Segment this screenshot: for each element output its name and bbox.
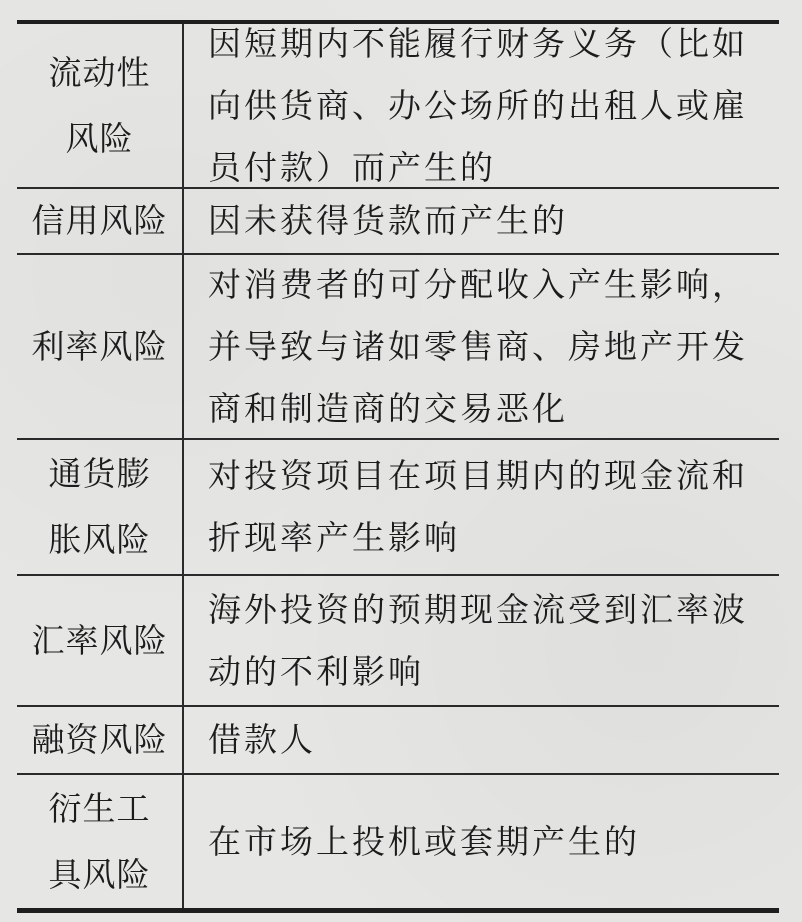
risk-name-cell: 融资风险 (17, 707, 184, 773)
table-row-derivatives-risk: 衍生工具风险 在市场上投机或套期产生的 (17, 775, 779, 908)
risk-name: 通货膨胀风险 (45, 441, 155, 573)
table-row-credit-risk: 信用风险 因未获得货款而产生的 (17, 189, 779, 255)
risk-description: 在市场上投机或套期产生的 (208, 811, 768, 873)
risk-name: 汇率风险 (20, 608, 180, 674)
risk-name-cell: 利率风险 (17, 255, 184, 438)
risk-description-cell: 借款人 (184, 707, 786, 773)
risk-description-cell: 在市场上投机或套期产生的 (184, 775, 786, 908)
risk-name-cell: 通货膨胀风险 (17, 440, 184, 574)
risk-table: 流动性风险 因短期内不能履行财务义务（比如向供货商、办公场所的出租人或雇员付款）… (17, 20, 779, 913)
risk-description: 因未获得货款而产生的 (208, 190, 768, 252)
risk-name: 衍生工具风险 (45, 776, 155, 908)
table-row-financing-risk: 融资风险 借款人 (17, 707, 779, 775)
table-row-liquidity-risk: 流动性风险 因短期内不能履行财务义务（比如向供货商、办公场所的出租人或雇员付款）… (17, 24, 779, 189)
table-row-inflation-risk: 通货膨胀风险 对投资项目在项目期内的现金流和折现率产生影响 (17, 440, 779, 576)
risk-description-cell: 对投资项目在项目期内的现金流和折现率产生影响 (184, 440, 786, 574)
risk-name-cell: 信用风险 (17, 189, 184, 253)
risk-name-cell: 衍生工具风险 (17, 775, 184, 908)
risk-description: 对消费者的可分配收入产生影响，并导致与诸如零售商、房地产开发商和制造商的交易恶化 (208, 254, 768, 440)
risk-name-cell: 流动性风险 (17, 24, 184, 187)
risk-description-cell: 因未获得货款而产生的 (184, 189, 786, 253)
risk-name: 信用风险 (20, 188, 180, 254)
risk-name: 融资风险 (20, 707, 180, 773)
risk-description: 借款人 (208, 709, 768, 771)
risk-description: 对投资项目在项目期内的现金流和折现率产生影响 (208, 445, 768, 569)
risk-name: 流动性风险 (45, 40, 155, 172)
risk-description: 海外投资的预期现金流受到汇率波动的不利影响 (208, 579, 768, 703)
risk-name-cell: 汇率风险 (17, 576, 184, 705)
table-row-interest-rate-risk: 利率风险 对消费者的可分配收入产生影响，并导致与诸如零售商、房地产开发商和制造商… (17, 255, 779, 440)
risk-description-cell: 海外投资的预期现金流受到汇率波动的不利影响 (184, 576, 786, 705)
risk-description-cell: 因短期内不能履行财务义务（比如向供货商、办公场所的出租人或雇员付款）而产生的 (184, 24, 786, 187)
risk-description-cell: 对消费者的可分配收入产生影响，并导致与诸如零售商、房地产开发商和制造商的交易恶化 (184, 255, 786, 438)
table-row-exchange-rate-risk: 汇率风险 海外投资的预期现金流受到汇率波动的不利影响 (17, 576, 779, 707)
risk-description: 因短期内不能履行财务义务（比如向供货商、办公场所的出租人或雇员付款）而产生的 (208, 13, 768, 199)
risk-name: 利率风险 (20, 314, 180, 380)
